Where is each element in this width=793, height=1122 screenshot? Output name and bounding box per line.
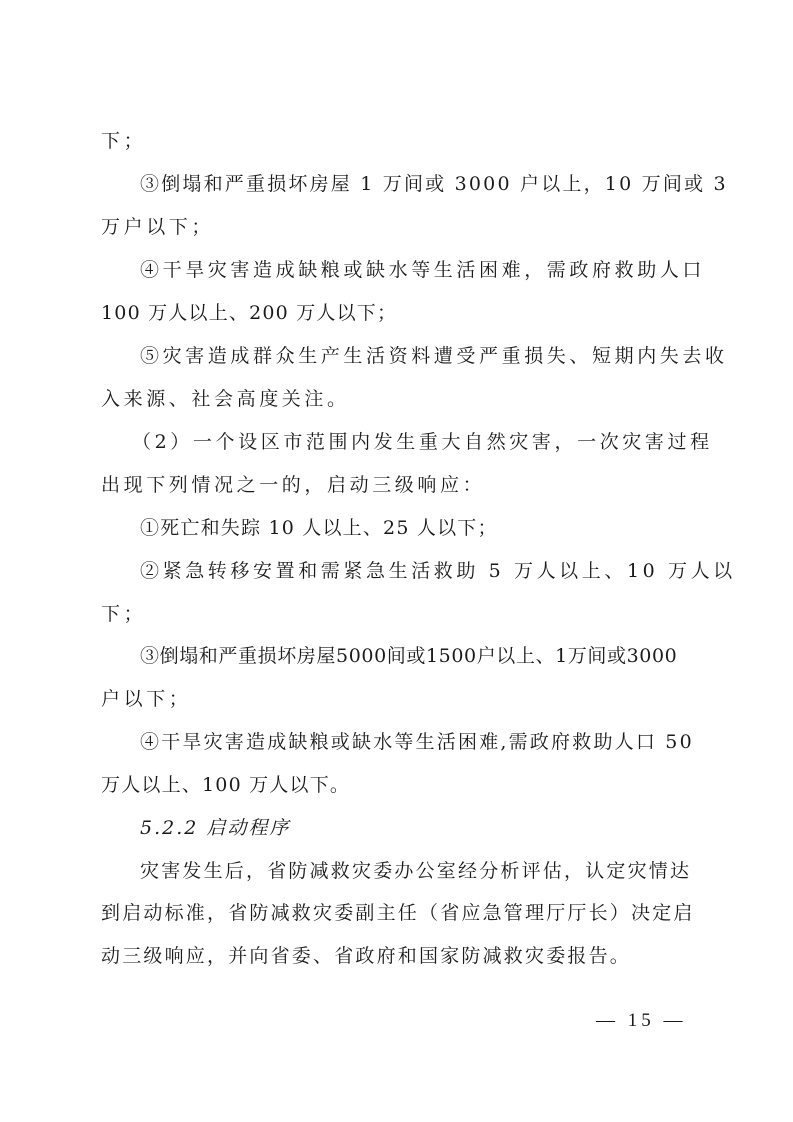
list-item-4-drought-cont: 100 万人以上、200 万人以下；: [101, 298, 693, 328]
list-item-5-losses-cont: 入来源、社会高度关注。: [101, 384, 693, 414]
list-item-4-drought-level3: ④干旱灾害造成缺粮或缺水等生活困难,需政府救助人口 50: [140, 727, 693, 757]
paragraph-procedure: 灾害发生后，省防减救灾委办公室经分析评估，认定灾情达: [140, 856, 693, 886]
list-item-3-houses-cont: 万户以下；: [101, 212, 693, 242]
list-item-4-drought-level3-cont: 万人以上、100 万人以下。: [101, 770, 693, 800]
list-item-3-houses-level3: ③倒塌和严重损坏房屋5000间或1500户以上、1万间或3000: [140, 641, 693, 671]
text-line-continuation: 下；: [101, 126, 693, 156]
section-heading: 5.2.2 启动程序: [140, 813, 693, 843]
paragraph-procedure-cont-1: 到启动标准，省防减救灾委副主任（省应急管理厅厅长）决定启: [101, 898, 693, 928]
list-item-1-casualties: ①死亡和失踪 10 人以上、25 人以下；: [140, 513, 693, 543]
list-item-5-losses: ⑤灾害造成群众生产生活资料遭受严重损失、短期内失去收: [140, 341, 693, 371]
list-item-4-drought: ④干旱灾害造成缺粮或缺水等生活困难，需政府救助人口: [140, 255, 693, 285]
page-number: — 15 —: [596, 1006, 687, 1036]
list-item-2-relocation: ②紧急转移安置和需紧急生活救助 5 万人以上、10 万人以: [140, 556, 693, 586]
paragraph-procedure-cont-2: 动三级响应，并向省委、省政府和国家防减救灾委报告。: [101, 941, 693, 971]
list-item-3-houses: ③倒塌和严重损坏房屋 1 万间或 3000 户以上，10 万间或 3: [140, 169, 693, 199]
paragraph-2-city-disaster-cont: 出现下列情况之一的，启动三级响应：: [101, 470, 693, 500]
paragraph-2-city-disaster: （2）一个设区市范围内发生重大自然灾害，一次灾害过程: [132, 427, 685, 457]
list-item-2-relocation-cont: 下；: [101, 599, 693, 629]
list-item-3-houses-level3-cont: 户以下；: [101, 684, 693, 714]
document-page: 下； ③倒塌和严重损坏房屋 1 万间或 3000 户以上，10 万间或 3 万户…: [0, 0, 793, 1122]
